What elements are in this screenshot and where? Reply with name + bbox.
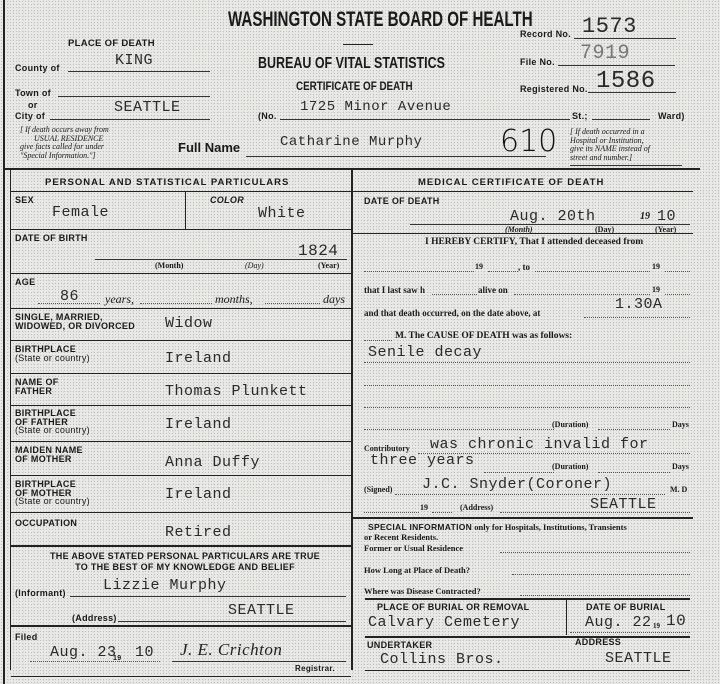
sex-label: SEX xyxy=(15,195,34,205)
sex-value: Female xyxy=(52,204,109,221)
rule xyxy=(353,233,693,234)
rule xyxy=(11,512,351,513)
full-name-value: Catharine Murphy xyxy=(280,134,422,150)
undertaker-address-label: ADDRESS xyxy=(575,637,621,647)
rule xyxy=(365,636,690,638)
death-time-line xyxy=(584,317,690,318)
dod-19: 19 xyxy=(640,211,650,222)
burial-date-line xyxy=(570,632,690,633)
place-of-death-heading: PLACE OF DEATH xyxy=(68,38,155,49)
father-label-line: FATHER xyxy=(15,387,59,396)
mother-label: MAIDEN NAME OF MOTHER xyxy=(15,446,83,464)
sex-color-divider xyxy=(185,192,186,229)
to-year-line xyxy=(665,271,690,272)
former-residence-line xyxy=(500,552,690,553)
ward-line xyxy=(592,119,650,120)
burial-19: 19 xyxy=(653,622,660,630)
death-time-text: and that death occurred, on the date abo… xyxy=(364,308,540,318)
title-divider xyxy=(343,44,373,45)
special-info-rest: only for Hospitals, Institutions, Transi… xyxy=(474,522,627,532)
to-label: , to xyxy=(518,262,530,272)
medical-heading: MEDICAL CERTIFICATE OF DEATH xyxy=(418,177,604,188)
certify-text: I HEREBY CERTIFY, That I attended deceas… xyxy=(425,237,643,247)
full-name-label: Full Name xyxy=(178,140,240,155)
filed-date: Aug. 23 xyxy=(50,644,117,661)
dob-year-caption: (Year) xyxy=(318,261,339,270)
marital-value: Widow xyxy=(165,315,213,332)
md-label: M. D xyxy=(670,485,687,494)
undertaker-value: Collins Bros. xyxy=(380,651,504,668)
registrar-line xyxy=(172,661,346,662)
residence-note-line: "Special Information."] xyxy=(20,152,109,161)
alive-19: 19 xyxy=(652,285,660,294)
rule xyxy=(353,517,693,519)
attestation-line: TO THE BEST OF MY KNOWLEDGE AND BELIEF xyxy=(30,562,340,573)
file-label: File No. xyxy=(520,57,555,67)
filed-label: Filed xyxy=(15,632,38,642)
signed-label: (Signed) xyxy=(364,485,392,494)
left-border xyxy=(3,0,5,684)
cause-line-2 xyxy=(364,385,690,386)
file-line xyxy=(558,65,675,66)
city-line xyxy=(50,119,210,120)
medical-address-label: (Address) xyxy=(460,503,493,512)
rule xyxy=(11,441,351,442)
signed-value: J.C. Snyder(Coroner) xyxy=(422,476,612,493)
father-bp-label-line: (State or country) xyxy=(15,426,90,435)
center-divider xyxy=(351,170,353,670)
rule xyxy=(11,625,351,627)
how-long-line xyxy=(512,574,690,575)
duration-caption-2: (Duration) xyxy=(552,462,588,471)
hospital-note: [ If death occurred in a Hospital or Ins… xyxy=(570,128,650,162)
rule xyxy=(11,191,351,192)
from-year-line xyxy=(488,271,518,272)
marital-label: SINGLE, MARRIED, WIDOWED, OR DIVORCED xyxy=(15,313,135,331)
age-label: AGE xyxy=(15,277,35,287)
left-column-border xyxy=(10,170,11,670)
duration-days-line-1 xyxy=(598,429,670,430)
city-value: SEATTLE xyxy=(114,99,181,116)
dod-month-day: Aug. 20th xyxy=(510,208,596,225)
duration-line-2 xyxy=(484,472,554,473)
rule xyxy=(11,273,351,274)
cause-value: Senile decay xyxy=(368,344,482,361)
burial-date-label: DATE OF BURIAL xyxy=(586,602,666,612)
file-number: 7919 xyxy=(580,42,630,65)
duration-days-line-2 xyxy=(598,472,670,473)
street-line xyxy=(280,119,570,120)
street-prefix: (No. xyxy=(258,111,277,121)
rule xyxy=(11,229,351,230)
father-birthplace-label: BIRTHPLACE OF FATHER (State or country) xyxy=(15,409,90,435)
mother-birthplace-value: Ireland xyxy=(165,486,232,503)
filed-year: 10 xyxy=(135,644,154,661)
rule xyxy=(11,545,351,547)
marital-label-line: WIDOWED, OR DIVORCED xyxy=(15,322,135,331)
dob-year: 1824 xyxy=(298,242,338,260)
signed-year-line xyxy=(432,512,452,513)
age-months-line xyxy=(140,303,212,304)
cause-text: M. The CAUSE OF DEATH was as follows: xyxy=(395,331,572,341)
last-saw-line xyxy=(432,294,477,295)
or-label: or xyxy=(28,100,38,110)
informant-line xyxy=(70,596,346,597)
cause-line-3 xyxy=(364,407,690,408)
duration-caption-1: (Duration) xyxy=(552,420,588,429)
county-label: County of xyxy=(15,63,60,73)
informant-label: (Informant) xyxy=(15,588,66,598)
signed-date-line xyxy=(364,512,419,513)
rule xyxy=(11,676,351,677)
mother-bp-label-line: (State or country) xyxy=(15,497,90,506)
rule xyxy=(365,670,690,671)
burial-date-value: Aug. 22 xyxy=(585,614,652,631)
special-info-heading: SPECIAL INFORMATION only for Hospitals, … xyxy=(368,522,627,542)
attestation-line: THE ABOVE STATED PERSONAL PARTICULARS AR… xyxy=(30,551,340,562)
signed-19: 19 xyxy=(420,503,428,512)
dob-month-caption: (Month) xyxy=(155,261,183,270)
mother-value: Anna Duffy xyxy=(165,454,260,471)
rule xyxy=(11,405,351,406)
rule xyxy=(365,598,690,600)
undertaker-address-value: SEATTLE xyxy=(605,650,672,667)
st-label: St.; xyxy=(572,111,588,121)
attestation: THE ABOVE STATED PERSONAL PARTICULARS AR… xyxy=(30,551,340,573)
county-line xyxy=(68,71,210,72)
last-saw-text: that I last saw h xyxy=(364,285,425,295)
burial-place-label: PLACE OF BURIAL OR REMOVAL xyxy=(377,602,529,612)
attended-to-line xyxy=(535,271,650,272)
dob-day-caption: (Day) xyxy=(245,261,264,270)
dob-label: DATE OF BIRTH xyxy=(15,233,88,243)
father-birthplace-value: Ireland xyxy=(165,416,232,433)
special-info-bold: SPECIAL INFORMATION xyxy=(368,522,472,532)
mother-birthplace-label: BIRTHPLACE OF MOTHER (State or country) xyxy=(15,480,90,506)
occupation-label: OCCUPATION xyxy=(15,518,77,528)
birthplace-value: Ireland xyxy=(165,350,232,367)
age-days-line xyxy=(265,303,320,304)
where-contracted-label: Where was Disease Contracted? xyxy=(364,586,481,596)
town-line xyxy=(58,96,210,97)
filed-line xyxy=(30,661,160,662)
burial-divider xyxy=(566,600,567,635)
where-contracted-line xyxy=(520,595,690,596)
dod-label: DATE OF DEATH xyxy=(364,196,440,206)
attended-from-line xyxy=(364,271,474,272)
alive-year-line xyxy=(665,294,690,295)
alive-on-text: alive on xyxy=(478,285,508,295)
rule xyxy=(11,308,351,309)
how-long-label: How Long at Place of Death? xyxy=(364,565,470,575)
street-value: 1725 Minor Avenue xyxy=(300,99,451,115)
county-value: KING xyxy=(115,52,153,69)
handwritten-mark: 610 xyxy=(500,124,557,159)
registrar-label: Registrar. xyxy=(295,664,335,673)
cause-line-1 xyxy=(364,362,690,363)
dod-year: 10 xyxy=(657,208,676,225)
days-caption-1: Days xyxy=(672,420,689,429)
contributory-value-2: three years xyxy=(370,452,475,469)
am-pm-line xyxy=(364,340,392,341)
duration-line-1 xyxy=(364,429,554,430)
registered-number: 1586 xyxy=(596,68,656,95)
contributory-value-1: was chronic invalid for xyxy=(430,436,649,453)
color-label: COLOR xyxy=(210,195,244,205)
color-value: White xyxy=(258,205,306,222)
rule xyxy=(11,475,351,476)
informant-address-value: SEATTLE xyxy=(228,602,295,619)
signed-line xyxy=(395,494,665,495)
occupation-value: Retired xyxy=(165,524,232,541)
informant-address-line xyxy=(118,621,346,622)
ward-label: Ward) xyxy=(658,111,685,121)
record-label: Record No. xyxy=(520,29,571,39)
hospital-note-line: street and number.] xyxy=(570,154,650,163)
registrar-signature: J. E. Crichton xyxy=(180,640,282,660)
burial-year: 10 xyxy=(666,612,686,630)
days-caption-2: Days xyxy=(672,462,689,471)
rule xyxy=(353,191,693,192)
informant-address-label: (Address) xyxy=(72,613,117,623)
birthplace-label-line: (State or country) xyxy=(15,354,90,363)
death-time-value: 1.30A xyxy=(615,296,663,313)
father-value: Thomas Plunkett xyxy=(165,383,308,400)
undertaker-label: UNDERTAKER xyxy=(367,640,432,650)
record-number: 1573 xyxy=(582,14,637,39)
mother-label-line: OF MOTHER xyxy=(15,455,83,464)
informant-value: Lizzie Murphy xyxy=(103,577,227,594)
certificate-title: CERTIFICATE OF DEATH xyxy=(296,79,413,93)
filed-19: 19 xyxy=(113,655,121,662)
registered-label: Registered No. xyxy=(520,84,588,94)
personal-heading: PERSONAL AND STATISTICAL PARTICULARS xyxy=(45,177,289,188)
medical-address-value: SEATTLE xyxy=(590,496,657,513)
rule xyxy=(11,373,351,374)
former-residence-label: Former or Usual Residence xyxy=(364,543,463,553)
alive-on-line xyxy=(514,294,650,295)
from-19: 19 xyxy=(475,262,483,271)
town-label: Town of xyxy=(15,88,51,98)
residence-note: [ If death occurs away from USUAL RESIDE… xyxy=(20,126,109,160)
bureau-title: BUREAU OF VITAL STATISTICS xyxy=(258,55,445,73)
city-label: City of xyxy=(15,111,45,121)
rule xyxy=(11,340,351,341)
years-caption: years, xyxy=(105,292,134,307)
hospital-line xyxy=(570,165,682,166)
board-title: WASHINGTON STATE BOARD OF HEALTH xyxy=(228,8,533,32)
months-caption: months, xyxy=(215,292,253,307)
father-label: NAME OF FATHER xyxy=(15,378,59,396)
birthplace-label: BIRTHPLACE (State or country) xyxy=(15,345,90,363)
burial-place-value: Calvary Cemetery xyxy=(368,614,520,631)
special-info-line2: or Recent Residents. xyxy=(364,532,627,542)
days-caption: days xyxy=(323,292,345,307)
age-years: 86 xyxy=(60,288,79,305)
to-19: 19 xyxy=(652,262,660,271)
